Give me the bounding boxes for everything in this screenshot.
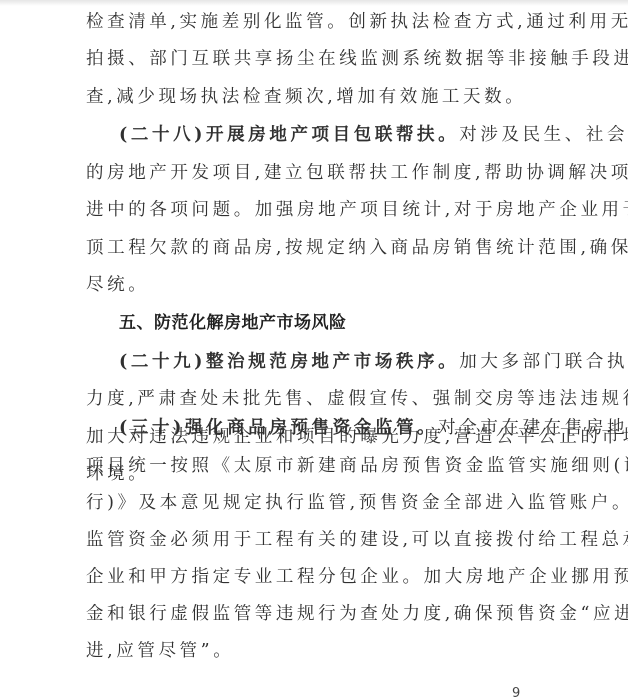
text-line: 行)》及本意见规定执行监管,预售资金全部进入监管账户。重点	[86, 492, 552, 514]
text-line: 监管资金必须用于工程有关的建设,可以直接拨付给工程总承包	[86, 529, 552, 551]
text-line: 金和银行虚假监管等违规行为查处力度,确保预售资金“应进尽	[86, 603, 552, 625]
text-line: 企业和甲方指定专业工程分包企业。加大房地产企业挪用预售资	[86, 566, 552, 588]
text-line: 项目统一按照《太原市新建商品房预售资金监管实施细则(试	[86, 455, 552, 477]
document-page-lower: (三十)强化商品房预售资金监管。对全市在建在售房地产 项目统一按照《太原市新建商…	[0, 0, 628, 698]
page-number: 9	[512, 686, 520, 698]
paragraph-30-title: (三十)强化商品房预售资金监管。	[119, 418, 438, 438]
text-line: 进,应管尽管”。	[86, 640, 552, 662]
paragraph-30-lead: (三十)强化商品房预售资金监管。对全市在建在售房地产	[119, 417, 552, 439]
text-fragment: 对全市在建在售房地产	[438, 418, 628, 438]
